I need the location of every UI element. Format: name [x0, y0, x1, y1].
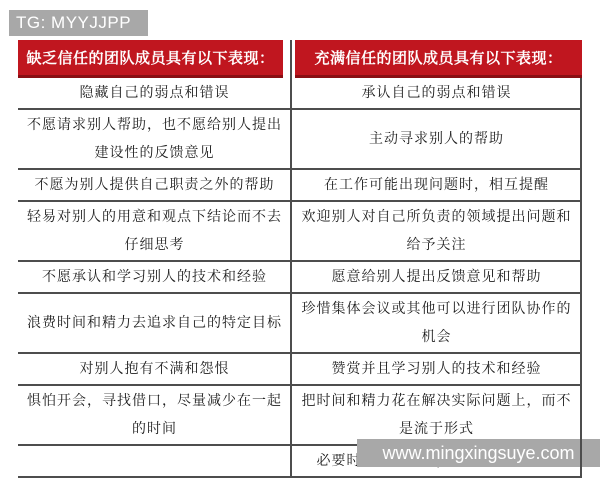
cell-lack-of-trust: 不愿承认和学习别人的技术和经验 [18, 262, 291, 292]
cell-lack-of-trust: 对别人抱有不满和怨恨 [18, 354, 291, 384]
footer-watermark-url: www.mingxingsuye.com [357, 439, 600, 467]
table-row: 不愿请求别人帮助，也不愿给别人提出建设性的反馈意见主动寻求别人的帮助 [18, 108, 582, 168]
table-right-border-line [580, 40, 582, 478]
header-lack-of-trust: 缺乏信任的团队成员具有以下表现： [18, 40, 283, 78]
header-full-of-trust: 充满信任的团队成员具有以下表现： [295, 40, 582, 78]
cell-full-of-trust: 欢迎别人对自己所负责的领域提出问题和给予关注 [291, 202, 582, 260]
cell-lack-of-trust: 不愿为别人提供自己职责之外的帮助 [18, 170, 291, 200]
cell-full-of-trust: 愿意给别人提出反馈意见和帮助 [291, 262, 582, 292]
table-row: 对别人抱有不满和怨恨赞赏并且学习别人的技术和经验 [18, 352, 582, 384]
cell-lack-of-trust: 浪费时间和精力去追求自己的特定目标 [18, 294, 291, 352]
table-row: 不愿承认和学习别人的技术和经验愿意给别人提出反馈意见和帮助 [18, 260, 582, 292]
cell-lack-of-trust: 惧怕开会，寻找借口，尽量减少在一起的时间 [18, 386, 291, 444]
table-row: 惧怕开会，寻找借口，尽量减少在一起的时间把时间和精力花在解决实际问题上，而不是流… [18, 384, 582, 444]
cell-full-of-trust: 把时间和精力花在解决实际问题上，而不是流于形式 [291, 386, 582, 444]
table-row: 轻易对别人的用意和观点下结论而不去仔细思考欢迎别人对自己所负责的领域提出问题和给… [18, 200, 582, 260]
table-row: 隐藏自己的弱点和错误承认自己的弱点和错误 [18, 78, 582, 108]
cell-full-of-trust: 承认自己的弱点和错误 [291, 78, 582, 108]
table-header-row: 缺乏信任的团队成员具有以下表现： 充满信任的团队成员具有以下表现： [18, 40, 582, 78]
trust-comparison-table: 缺乏信任的团队成员具有以下表现： 充满信任的团队成员具有以下表现： 隐藏自己的弱… [18, 40, 582, 478]
table-row: 浪费时间和精力去追求自己的特定目标珍惜集体会议或其他可以进行团队协作的机会 [18, 292, 582, 352]
table-body: 隐藏自己的弱点和错误承认自己的弱点和错误不愿请求别人帮助，也不愿给别人提出建设性… [18, 78, 582, 478]
watermark-tag-bar: TG: MYYJJPP [9, 10, 148, 36]
cell-full-of-trust: 在工作可能出现问题时，相互提醒 [291, 170, 582, 200]
cell-full-of-trust: 主动寻求别人的帮助 [291, 110, 582, 168]
column-divider-line [290, 40, 292, 478]
cell-lack-of-trust: 轻易对别人的用意和观点下结论而不去仔细思考 [18, 202, 291, 260]
table-row: 不愿为别人提供自己职责之外的帮助在工作可能出现问题时，相互提醒 [18, 168, 582, 200]
cell-lack-of-trust: 隐藏自己的弱点和错误 [18, 78, 291, 108]
cell-full-of-trust: 赞赏并且学习别人的技术和经验 [291, 354, 582, 384]
cell-full-of-trust: 珍惜集体会议或其他可以进行团队协作的机会 [291, 294, 582, 352]
cell-lack-of-trust: 不愿请求别人帮助，也不愿给别人提出建设性的反馈意见 [18, 110, 291, 168]
cell-lack-of-trust [18, 446, 291, 476]
header-gap [283, 40, 295, 78]
